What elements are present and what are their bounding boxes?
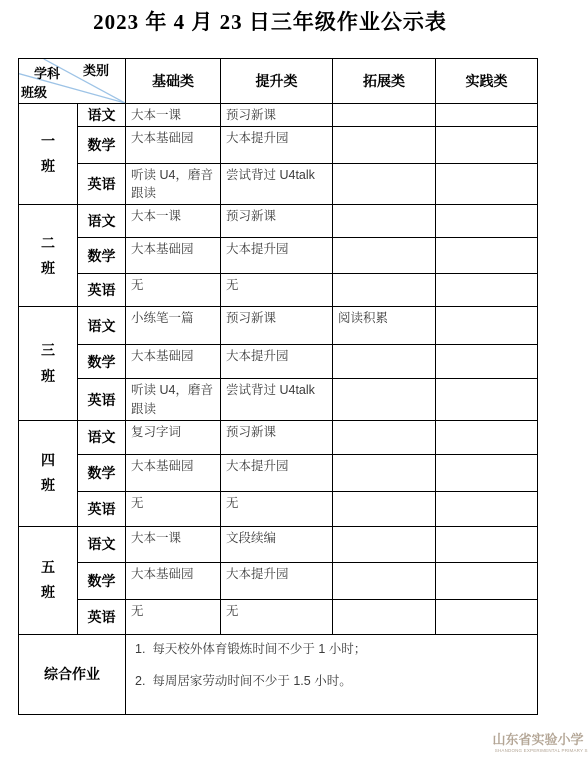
subject-label: 英语 <box>78 164 126 205</box>
header-corner-cell: 学科 类别 班级 <box>19 59 126 104</box>
homework-cell <box>333 127 436 164</box>
subject-label: 数学 <box>78 238 126 274</box>
summary-content: 1. 每天校外体育锻炼时间不少于 1 小时； 2. 每周居家劳动时间不少于 1.… <box>126 634 538 714</box>
corner-label-category: 类别 <box>83 64 109 77</box>
subject-label: 数学 <box>78 454 126 491</box>
homework-cell <box>333 164 436 205</box>
corner-label-class: 班级 <box>21 86 47 99</box>
class-label-3: 三班 <box>19 307 78 420</box>
subject-label: 数学 <box>78 127 126 164</box>
homework-cell: 大本基础园 <box>126 345 221 379</box>
homework-cell: 复习字词 <box>126 420 221 454</box>
homework-cell <box>333 526 436 562</box>
subject-label: 英语 <box>78 491 126 526</box>
homework-cell <box>333 599 436 634</box>
homework-cell: 无 <box>221 599 333 634</box>
subject-label: 数学 <box>78 562 126 599</box>
homework-cell <box>436 562 538 599</box>
homework-cell <box>333 454 436 491</box>
column-header-extend: 拓展类 <box>333 59 436 104</box>
homework-cell: 预习新课 <box>221 420 333 454</box>
homework-cell: 大本一课 <box>126 526 221 562</box>
homework-cell: 预习新课 <box>221 205 333 238</box>
homework-cell: 大本基础园 <box>126 238 221 274</box>
homework-cell: 无 <box>126 491 221 526</box>
subject-label: 语文 <box>78 104 126 127</box>
subject-label: 数学 <box>78 345 126 379</box>
homework-cell <box>436 274 538 307</box>
subject-label: 语文 <box>78 526 126 562</box>
homework-cell <box>436 491 538 526</box>
subject-label: 语文 <box>78 205 126 238</box>
homework-cell <box>436 345 538 379</box>
homework-cell <box>436 238 538 274</box>
homework-cell: 大本一课 <box>126 104 221 127</box>
homework-cell <box>333 345 436 379</box>
corner-label-subject: 学科 <box>34 67 60 80</box>
column-header-practice: 实践类 <box>436 59 538 104</box>
homework-cell: 无 <box>221 491 333 526</box>
homework-cell: 预习新课 <box>221 104 333 127</box>
homework-cell <box>333 562 436 599</box>
homework-cell <box>436 379 538 420</box>
subject-label: 语文 <box>78 307 126 345</box>
school-name-en: SHANDONG EXPERIMENTAL PRIMARY SCHOOL <box>495 748 581 753</box>
subject-label: 英语 <box>78 599 126 634</box>
homework-cell: 大本基础园 <box>126 562 221 599</box>
homework-cell: 尝试背过 U4talk <box>221 379 333 420</box>
homework-cell <box>436 599 538 634</box>
homework-cell: 听读 U4，磨音跟读 <box>126 164 221 205</box>
homework-table: 学科 类别 班级 基础类 提升类 拓展类 实践类 一班 语文 大本一课 预习新课… <box>18 58 538 715</box>
homework-cell: 无 <box>126 599 221 634</box>
homework-cell <box>436 127 538 164</box>
summary-item-1: 1. 每天校外体育锻炼时间不少于 1 小时； <box>135 641 528 659</box>
homework-cell <box>436 454 538 491</box>
homework-cell: 大本提升园 <box>221 345 333 379</box>
subject-label: 语文 <box>78 420 126 454</box>
class-label-2: 二班 <box>19 205 78 307</box>
homework-cell <box>333 491 436 526</box>
homework-cell: 大本基础园 <box>126 454 221 491</box>
homework-cell <box>436 420 538 454</box>
homework-cell <box>436 205 538 238</box>
homework-cell: 大本提升园 <box>221 454 333 491</box>
homework-cell: 大本提升园 <box>221 562 333 599</box>
column-header-basic: 基础类 <box>126 59 221 104</box>
homework-cell <box>333 379 436 420</box>
class-label-4: 四班 <box>19 420 78 526</box>
homework-cell: 大本一课 <box>126 205 221 238</box>
homework-cell <box>333 238 436 274</box>
subject-label: 英语 <box>78 274 126 307</box>
school-watermark: 山东省实验小学 SHANDONG EXPERIMENTAL PRIMARY SC… <box>490 729 586 754</box>
homework-cell: 大本基础园 <box>126 127 221 164</box>
homework-cell <box>436 104 538 127</box>
school-name: 山东省实验小学 <box>490 729 586 748</box>
homework-cell: 文段续编 <box>221 526 333 562</box>
homework-cell: 大本提升园 <box>221 127 333 164</box>
homework-cell <box>333 420 436 454</box>
homework-cell: 无 <box>126 274 221 307</box>
homework-cell: 预习新课 <box>221 307 333 345</box>
homework-cell <box>436 526 538 562</box>
homework-cell <box>436 164 538 205</box>
homework-cell <box>333 274 436 307</box>
homework-cell <box>436 307 538 345</box>
homework-cell <box>333 104 436 127</box>
summary-item-2: 2. 每周居家劳动时间不少于 1.5 小时。 <box>135 673 528 691</box>
homework-cell: 尝试背过 U4talk <box>221 164 333 205</box>
summary-label: 综合作业 <box>19 634 126 714</box>
homework-cell <box>333 205 436 238</box>
column-header-improve: 提升类 <box>221 59 333 104</box>
subject-label: 英语 <box>78 379 126 420</box>
class-label-5: 五班 <box>19 526 78 634</box>
homework-cell: 小练笔一篇 <box>126 307 221 345</box>
homework-cell: 无 <box>221 274 333 307</box>
class-label-1: 一班 <box>19 104 78 205</box>
page-title: 2023 年 4 月 23 日三年级作业公示表 <box>0 6 540 36</box>
homework-cell: 听读 U4，磨音跟读 <box>126 379 221 420</box>
homework-cell: 阅读积累 <box>333 307 436 345</box>
homework-cell: 大本提升园 <box>221 238 333 274</box>
